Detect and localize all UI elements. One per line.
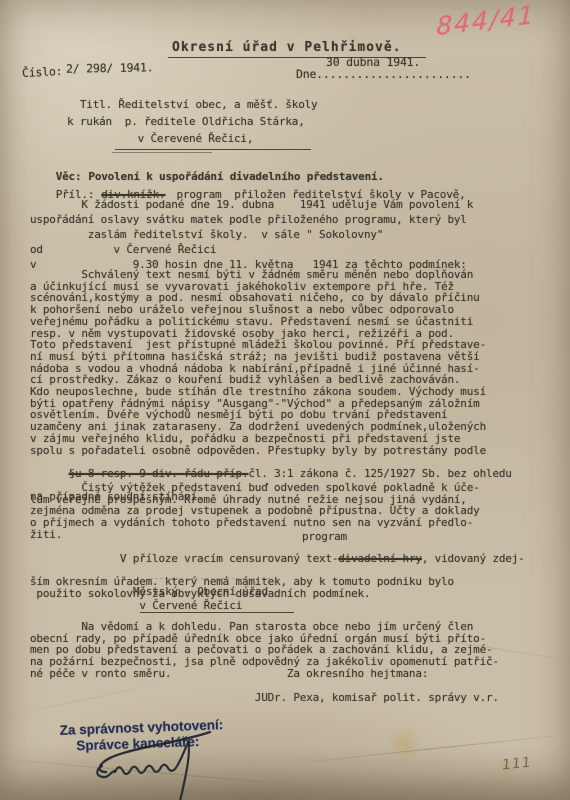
recipient-line: v Čerevené Řečici, bbox=[67, 130, 317, 147]
text-line: žiti. bbox=[30, 529, 550, 541]
text-line: v zájmu veřejného klidu, pořádku a bezpe… bbox=[30, 433, 550, 445]
recipient-underline-2 bbox=[112, 152, 212, 153]
signatory-name-line: JUDr. Pexa, komisař polit. správy v.r. bbox=[30, 691, 499, 704]
recipient-address-block: Titl. Ředitelství obec, a měšť. školy k … bbox=[67, 96, 317, 147]
text-line: Schválený text nesmí býti v žádném směru… bbox=[30, 269, 550, 281]
text-line: spolu s pořadateli osobně odpověden. Pře… bbox=[30, 445, 550, 457]
recipient-underline bbox=[115, 149, 311, 150]
recipient-line: k rukán p. ředitele Oldřicha Stárka, bbox=[67, 113, 317, 130]
paragraph-conditions: Schválený text nesmí býti v žádném směru… bbox=[30, 269, 550, 503]
interlined-correction: program bbox=[302, 531, 347, 543]
text-segment: V příloze vracím censurovaný text- bbox=[69, 552, 339, 565]
paragraph-intro: K žádosti podané dne 19. dubna 1941 uděl… bbox=[30, 197, 550, 272]
text-line: Čistý výtěžek představení buď odveden sp… bbox=[30, 482, 550, 494]
text-line: Na vědomí a k dohledu. Pan starosta obce… bbox=[30, 621, 550, 633]
text-line: K žádosti podané dne 19. dubna 1941 uděl… bbox=[30, 197, 550, 212]
text-line: né péče v ronto směru. Za okresního hejt… bbox=[30, 668, 550, 680]
handwritten-file-number: 844/41 bbox=[436, 0, 536, 41]
text-line: zaslám ředitelství školy. v sále " Sokol… bbox=[30, 227, 550, 242]
recipient-line: Titl. Ředitelství obec, a měšť. školy bbox=[67, 96, 317, 113]
paragraph-notice: Na vědomí a k dohledu. Pan starosta obce… bbox=[30, 621, 550, 680]
text-line: ní musí býti přítomna hasičská stráž; na… bbox=[30, 351, 550, 363]
text-line-with-strikethrough: program V příloze vracím censurovaný tex… bbox=[30, 541, 550, 576]
erased-line-smudge bbox=[150, 578, 270, 579]
struck-legal-reference: §u-8-resp.-9-div.-řádu-příp. bbox=[69, 467, 249, 480]
legal-reference: čl. 3:1 zákona č. 125/1927 Sb. bez ohled… bbox=[248, 467, 511, 480]
struck-text: divadelní hry bbox=[338, 552, 422, 565]
text-line: od v Červené Řečici bbox=[30, 242, 550, 257]
document-page: 844/41 Okresní úřad v Pelhřimově. 30 dub… bbox=[0, 0, 570, 800]
pencil-page-number: 111 bbox=[501, 754, 532, 773]
addressee-line: v Červené Řečici bbox=[133, 599, 268, 613]
reference-number-label: Číslo: bbox=[22, 64, 63, 80]
handwritten-signature bbox=[82, 728, 232, 800]
addressee-line: Městský - Obecní úřad bbox=[133, 585, 268, 599]
text-line: použito sokolovny za obvyklých dosavadní… bbox=[30, 588, 550, 600]
text-line: o příjmech a vydáních tohoto představení… bbox=[30, 517, 550, 529]
text-segment: , vidovaný zdej- bbox=[422, 552, 525, 565]
text-line: uspořádání oslavy svátku matek podle při… bbox=[30, 212, 550, 227]
date-dotted-line: Dne....................... bbox=[296, 67, 471, 81]
text-line: veřejnému pořádku a politickému stavu. P… bbox=[30, 316, 550, 328]
paragraph-proceeds: Čistý výtěžek představení buď odveden sp… bbox=[30, 482, 550, 541]
text-line: Kdo neuposlechne, bude stíhán dle trestn… bbox=[30, 386, 550, 398]
reference-number: 2/ 298/ 1941. bbox=[66, 60, 154, 76]
addressee-block: Městský - Obecní úřad v Červené Řečici bbox=[133, 585, 268, 613]
addressee-underline bbox=[140, 612, 294, 613]
paragraph-enclosed-text: program V příloze vracím censurovaný tex… bbox=[30, 541, 550, 600]
